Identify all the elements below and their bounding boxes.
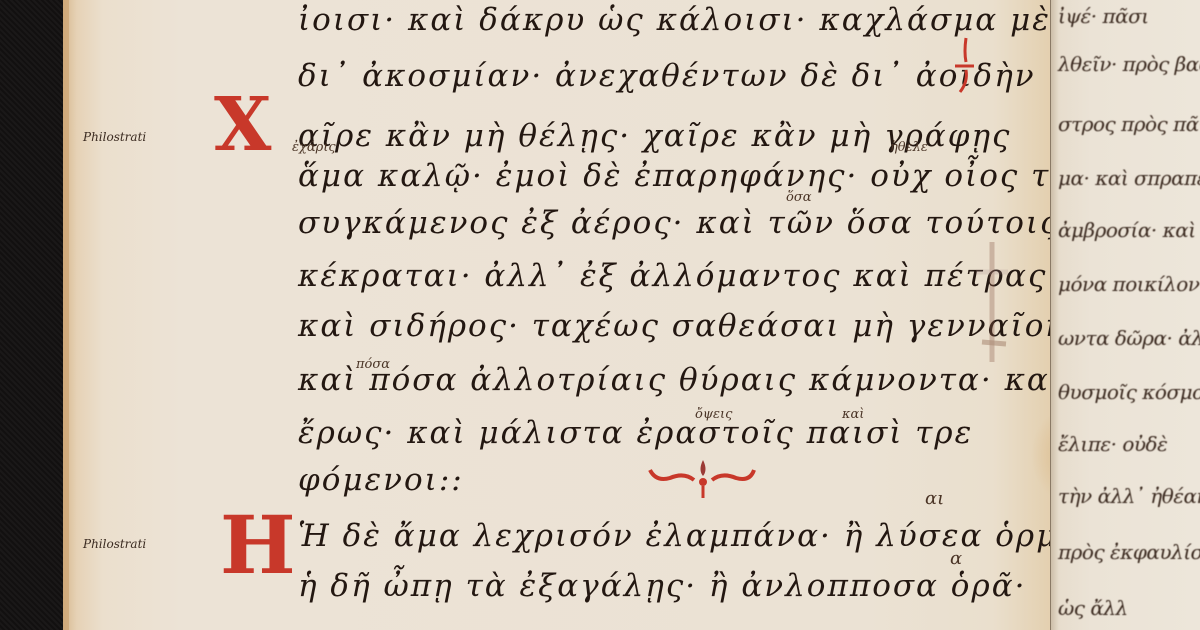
interlinear-gloss: καὶ: [842, 407, 864, 422]
facing-text-line: ὡς ἄλλ: [1058, 596, 1128, 620]
facing-text-line: ωντα δῶρα· ἀλλ: [1058, 326, 1200, 350]
facing-text-line: μα· καὶ σπραπέλιπ: [1058, 166, 1200, 190]
interlinear-gloss: α: [950, 548, 962, 569]
text-line: συγκάμενος ἐξ ἀέρος· καὶ τῶν ὅσα τούτοις: [298, 205, 1059, 241]
text-line: ἅμα καλῷ· ἐμοὶ δὲ ἐπαρηφάνης· οὐχ οἶος τ…: [298, 158, 1069, 194]
facing-text-line: λθεῖν· πρὸς βασιλικ: [1058, 52, 1200, 76]
facing-text-line: τὴν ἀλλ᾽ ἠθέαν· ἐπὶ: [1058, 484, 1200, 508]
text-line: φόμενοι::: [298, 462, 464, 498]
red-margin-mark-icon: [952, 36, 976, 96]
facing-text-line: στρος πρὸς πᾶ· καὶ βα: [1058, 112, 1200, 136]
text-line: δι᾽ ἀκοσμίαν· ἀνεχαθέντων δὲ δι᾽ ἀοιδὴν: [298, 58, 1036, 94]
facing-text-line: ἰψέ· πᾶσι: [1058, 4, 1149, 28]
red-initial-chi: Χ: [214, 88, 271, 162]
red-initial-eta: Η: [220, 505, 296, 585]
interlinear-gloss: ὅσα: [786, 190, 811, 205]
margin-note-philostrati: Philostrati: [83, 537, 146, 551]
facing-text-line: ἔλιπε· οὐδὲ: [1058, 432, 1167, 456]
text-line: καὶ πόσα ἀλλοτρίαις θύραις κάμνοντα· καὶ: [298, 362, 1064, 398]
book-binding: [0, 0, 64, 630]
margin-note-philostrati: Philostrati: [83, 130, 146, 144]
facing-text-line: θυσμοῖς κόσμος: [1058, 380, 1200, 404]
facing-text-line: μόνα ποικίλον της: [1058, 272, 1200, 296]
facing-text-line: ἀμβροσία· καὶ δῆτα σφ: [1058, 218, 1200, 242]
interlinear-gloss: ὄψεις: [695, 407, 732, 422]
interlinear-gloss: ἤθελε: [890, 140, 928, 155]
red-ornament-icon: [648, 458, 758, 498]
facing-page: [1050, 0, 1200, 630]
text-line: ἔρως· καὶ μάλιστα ἐραστοῖς παισὶ τρε: [298, 415, 973, 451]
facing-text-line: πρὸς ἐκφαυλίσα: [1058, 540, 1200, 564]
interlinear-gloss: αι: [925, 488, 944, 509]
text-line: ἡ δῆ ὦπῃ τὰ ἐξαγάλῃς· ἢ ἀνλοπποσα ὁρᾶ·: [298, 568, 1026, 604]
text-line: κέκραται· ἀλλ᾽ ἐξ ἀλλόμαντος καὶ πέτρας: [298, 258, 1047, 294]
interlinear-gloss: ἐχάρις: [292, 140, 336, 155]
page-edge: [63, 0, 69, 630]
interlinear-gloss: πόσα: [356, 357, 390, 372]
show-through-cross-mark-icon: [972, 232, 1012, 372]
